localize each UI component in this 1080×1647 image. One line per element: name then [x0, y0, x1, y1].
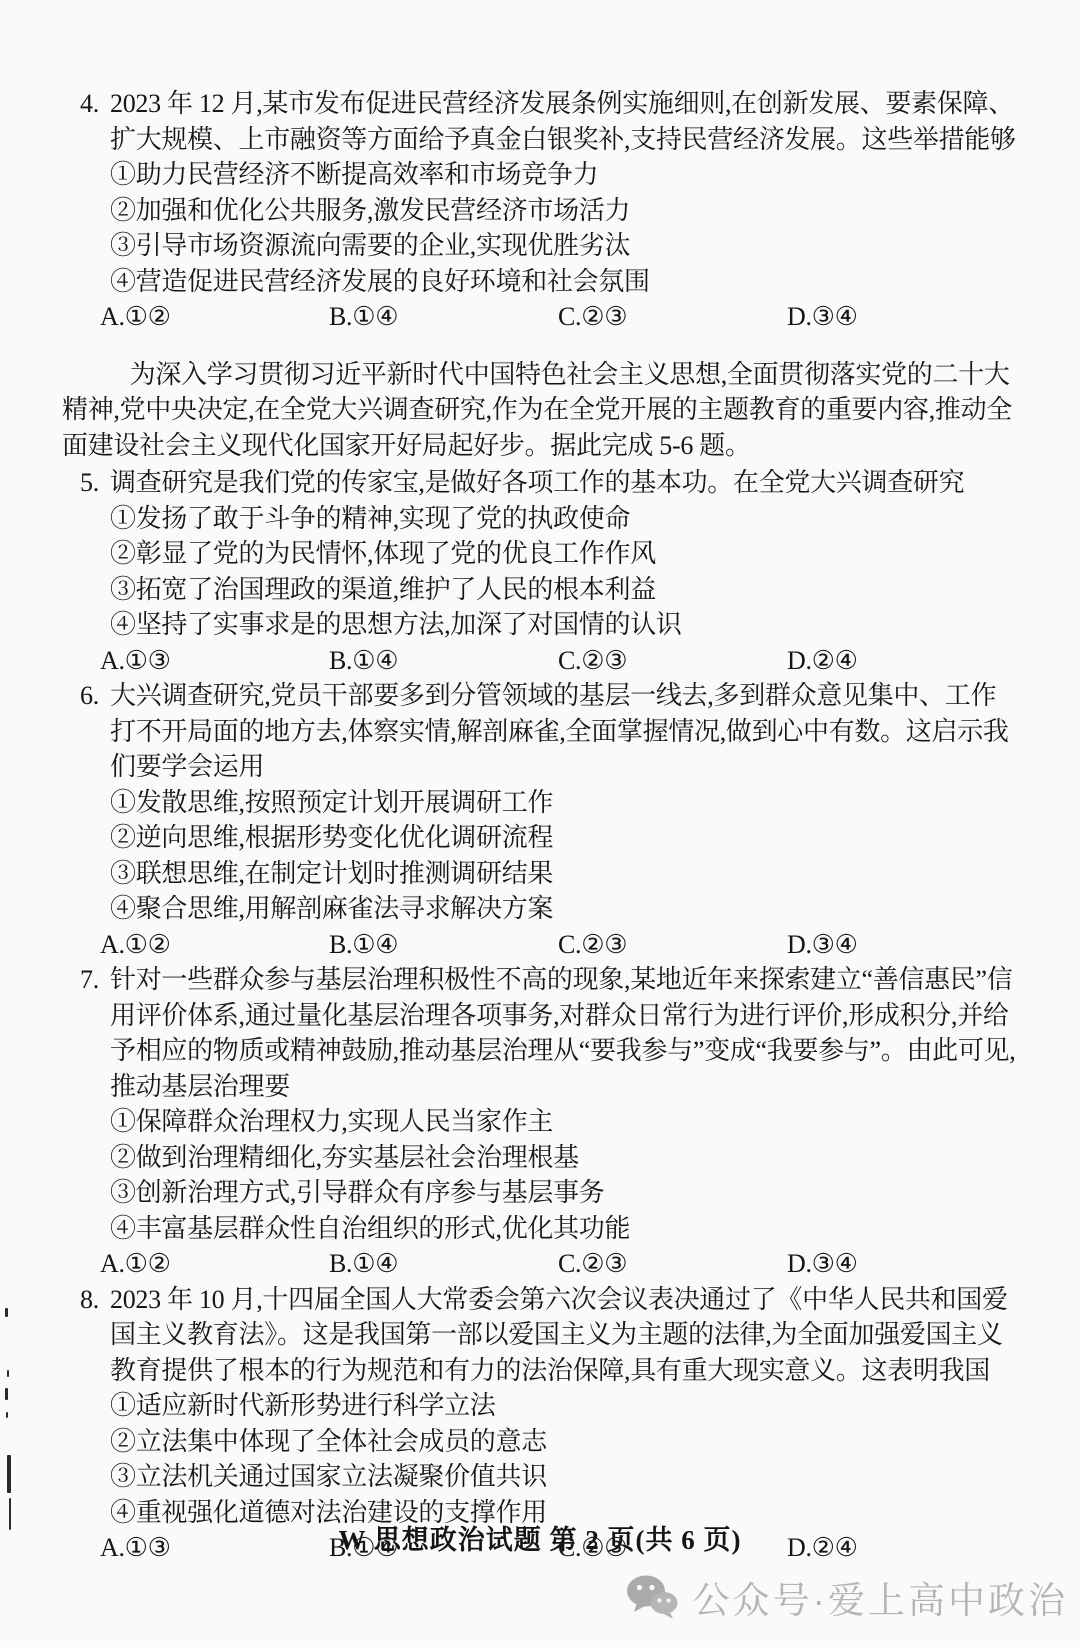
question-choice: ①助力民营经济不断提高效率和市场竞争力 [80, 157, 1020, 193]
scan-artifact [7, 1370, 9, 1377]
answer-option: A.①② [100, 927, 329, 963]
question-stem: 4.2023 年 12 月,某市发布促进民营经济发展条例实施细则,在创新发展、要… [80, 86, 1020, 157]
answer-option: C.②③ [558, 927, 787, 963]
wechat-icon [625, 1574, 679, 1620]
exam-paper-page: 4.2023 年 12 月,某市发布促进民营经济发展条例实施细则,在创新发展、要… [0, 0, 1080, 1647]
scan-artifact [7, 1455, 11, 1493]
question-choice: ①保障群众治理权力,实现人民当家作主 [80, 1104, 1020, 1140]
question-choice: ③立法机关通过国家立法凝聚价值共识 [80, 1459, 1020, 1495]
watermark: 公众号·爱上高中政治 [625, 1570, 1068, 1624]
answer-option: A.①② [100, 1246, 329, 1282]
answer-option: B.①④ [329, 299, 558, 335]
question-7: 7.针对一些群众参与基层治理积极性不高的现象,某地近年来探索建立“善信惠民”信用… [80, 962, 1020, 1282]
question-choice: ④丰富基层群众性自治组织的形式,优化其功能 [80, 1211, 1020, 1247]
question-text: 2023 年 10 月,十四届全国人大常委会第六次会议表决通过了《中华人民共和国… [110, 1285, 1008, 1385]
answer-options-row: A.①②B.①④C.②③D.③④ [80, 1246, 1020, 1282]
question-stem: 8.2023 年 10 月,十四届全国人大常委会第六次会议表决通过了《中华人民共… [80, 1282, 1020, 1389]
answer-option: A.①② [100, 299, 329, 335]
scan-artifact [6, 1412, 8, 1418]
answer-option: D.③④ [787, 1246, 858, 1282]
question-text: 针对一些群众参与基层治理积极性不高的现象,某地近年来探索建立“善信惠民”信用评价… [110, 965, 1015, 1101]
question-choice: ②加强和优化公共服务,激发民营经济市场活力 [80, 193, 1020, 229]
question-list-top: 4.2023 年 12 月,某市发布促进民营经济发展条例实施细则,在创新发展、要… [62, 86, 1020, 335]
question-list-bottom: 5.调查研究是我们党的传家宝,是做好各项工作的基本功。在全党大兴调查研究①发扬了… [62, 465, 1020, 1566]
answer-options-row: A.①②B.①④C.②③D.③④ [80, 299, 1020, 335]
question-choice: ③联想思维,在制定计划时推测调研结果 [80, 856, 1020, 892]
answer-option: B.①④ [329, 927, 558, 963]
question-choice: ②做到治理精细化,夯实基层社会治理根基 [80, 1140, 1020, 1176]
question-text: 调查研究是我们党的传家宝,是做好各项工作的基本功。在全党大兴调查研究 [110, 468, 964, 497]
answer-option: C.②③ [558, 299, 787, 335]
question-number: 5. [80, 465, 110, 501]
question-choice: ①发扬了敢于斗争的精神,实现了党的执政使命 [80, 501, 1020, 537]
question-choice: ①发散思维,按照预定计划开展调研工作 [80, 785, 1020, 821]
question-6: 6.大兴调查研究,党员干部要多到分管领域的基层一线去,多到群众意见集中、工作打不… [80, 678, 1020, 962]
question-choice: ③创新治理方式,引导群众有序参与基层事务 [80, 1175, 1020, 1211]
answer-option: D.③④ [787, 299, 858, 335]
watermark-text: 公众号·爱上高中政治 [693, 1570, 1068, 1624]
question-number: 7. [80, 962, 110, 998]
question-choice: ②立法集中体现了全体社会成员的意志 [80, 1424, 1020, 1460]
question-4: 4.2023 年 12 月,某市发布促进民营经济发展条例实施细则,在创新发展、要… [80, 86, 1020, 335]
question-choice: ③引导市场资源流向需要的企业,实现优胜劣汰 [80, 228, 1020, 264]
question-stem: 7.针对一些群众参与基层治理积极性不高的现象,某地近年来探索建立“善信惠民”信用… [80, 962, 1020, 1104]
question-choice: ④聚合思维,用解剖麻雀法寻求解决方案 [80, 891, 1020, 927]
passage-paragraph: 为深入学习贯彻习近平新时代中国特色社会主义思想,全面贯彻落实党的二十大精神,党中… [62, 357, 1020, 464]
question-choice: ④坚持了实事求是的思想方法,加深了对国情的认识 [80, 607, 1020, 643]
question-text: 2023 年 12 月,某市发布促进民营经济发展条例实施细则,在创新发展、要素保… [110, 89, 1016, 154]
answer-option: C.②③ [558, 1246, 787, 1282]
question-choice: ①适应新时代新形势进行科学立法 [80, 1388, 1020, 1424]
answer-option: D.②④ [787, 643, 858, 679]
answer-option: A.①③ [100, 643, 329, 679]
question-number: 8. [80, 1282, 110, 1318]
answer-option: B.①④ [329, 1246, 558, 1282]
answer-option: B.①④ [329, 643, 558, 679]
question-number: 6. [80, 678, 110, 714]
answer-options-row: A.①③B.①④C.②③D.②④ [80, 643, 1020, 679]
answer-options-row: A.①②B.①④C.②③D.③④ [80, 927, 1020, 963]
scan-artifact [5, 1308, 8, 1317]
answer-option: C.②③ [558, 643, 787, 679]
scan-artifact [5, 1388, 8, 1400]
exam-content: 4.2023 年 12 月,某市发布促进民营经济发展条例实施细则,在创新发展、要… [62, 86, 1020, 1566]
question-choice: ③拓宽了治国理政的渠道,维护了人民的根本利益 [80, 572, 1020, 608]
question-choice: ②彰显了党的为民情怀,体现了党的优良工作作风 [80, 536, 1020, 572]
question-number: 4. [80, 86, 110, 122]
question-stem: 6.大兴调查研究,党员干部要多到分管领域的基层一线去,多到群众意见集中、工作打不… [80, 678, 1020, 785]
answer-option: D.③④ [787, 927, 858, 963]
page-footer: W 思想政治试题 第 2 页(共 6 页) [0, 1518, 1080, 1557]
question-stem: 5.调查研究是我们党的传家宝,是做好各项工作的基本功。在全党大兴调查研究 [80, 465, 1020, 501]
question-choice: ④营造促进民营经济发展的良好环境和社会氛围 [80, 264, 1020, 300]
question-choice: ②逆向思维,根据形势变化优化调研流程 [80, 820, 1020, 856]
question-5: 5.调查研究是我们党的传家宝,是做好各项工作的基本功。在全党大兴调查研究①发扬了… [80, 465, 1020, 678]
question-text: 大兴调查研究,党员干部要多到分管领域的基层一线去,多到群众意见集中、工作打不开局… [110, 681, 1009, 781]
scan-artifact [9, 1498, 11, 1530]
